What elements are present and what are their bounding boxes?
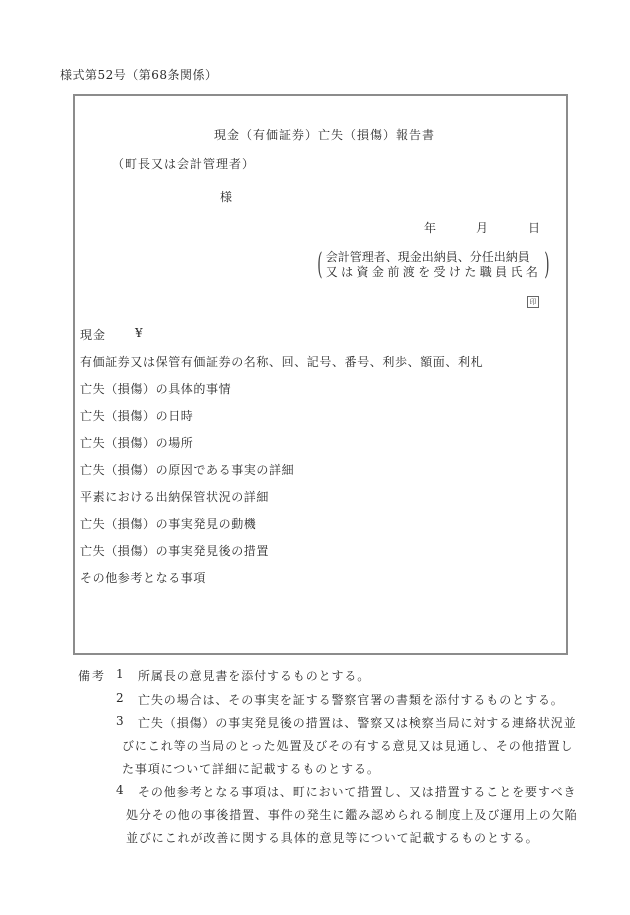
document-title: 現金（有価証券）亡失（損傷）報告書 bbox=[214, 126, 435, 143]
field-circumstances: 亡失（損傷）の具体的事情 bbox=[80, 380, 231, 397]
note-text-continued: た事項について詳細に記載するものとする。 bbox=[122, 760, 380, 777]
signer-line-2: 又は資金前渡を受けた職員氏名 bbox=[326, 265, 542, 280]
cash-label: 現金 bbox=[80, 326, 135, 343]
note-text-continued: 並びにこれが改善に関する具体的意見等について記載するものとする。 bbox=[126, 829, 539, 846]
field-location: 亡失（損傷）の場所 bbox=[80, 434, 193, 451]
field-securities: 有価証券又は保管有価証券の名称、回、記号、番号、利歩、額面、利札 bbox=[80, 353, 483, 370]
note-text: 亡失（損傷）の事実発見後の措置は、警察又は検察当局に対する連絡状況並 bbox=[138, 714, 577, 731]
date-row: 年 月 日 bbox=[424, 219, 540, 236]
signer-lines: 会計管理者、現金出納員、分任出納員 又は資金前渡を受けた職員氏名 bbox=[326, 250, 542, 280]
note-number: 4 bbox=[116, 783, 138, 800]
field-post-discovery-measures: 亡失（損傷）の事実発見後の措置 bbox=[80, 542, 269, 559]
note-text-continued: びにこれ等の当局のとった処置及びその有する意見又は見通し、その他措置し bbox=[122, 737, 573, 754]
honorific: 様 bbox=[220, 188, 232, 205]
field-datetime: 亡失（損傷）の日時 bbox=[80, 407, 193, 424]
notes-heading: 備考 bbox=[78, 667, 106, 684]
field-other-references: その他参考となる事項 bbox=[80, 569, 206, 586]
note-item: 4 その他参考となる事項は、町において措置し、又は措置することを要すべき bbox=[116, 783, 576, 800]
field-custody-status: 平素における出納保管状況の詳細 bbox=[80, 488, 269, 505]
note-text: 所属長の意見書を添付するものとする。 bbox=[138, 667, 370, 684]
form-number-label: 様式第52号（第68条関係） bbox=[60, 66, 218, 83]
note-text-continued: 処分その他の事後措置、事件の発生に鑑み認められる制度上及び運用上の欠陥 bbox=[126, 806, 578, 823]
note-text: その他参考となる事項は、町において措置し、又は措置することを要すべき bbox=[138, 783, 576, 800]
note-item: 3 亡失（損傷）の事実発見後の措置は、警察又は検察当局に対する連絡状況並 bbox=[116, 714, 577, 731]
date-year-label: 年 bbox=[424, 219, 476, 236]
note-item: 2 亡失の場合は、その事実を証する警察官署の書類を添付するものとする。 bbox=[116, 691, 564, 708]
seal-icon: 印 bbox=[527, 296, 539, 308]
paren-open: ( bbox=[317, 250, 322, 280]
note-number: 3 bbox=[116, 714, 138, 731]
note-item: 1 所属長の意見書を添付するものとする。 bbox=[116, 667, 370, 684]
paren-close: ) bbox=[545, 250, 550, 280]
signer-block: ( 会計管理者、現金出納員、分任出納員 又は資金前渡を受けた職員氏名 ) bbox=[314, 250, 553, 280]
addressee: （町長又は会計管理者） bbox=[112, 155, 255, 172]
note-text: 亡失の場合は、その事実を証する警察官署の書類を添付するものとする。 bbox=[138, 691, 564, 708]
note-number: 2 bbox=[116, 691, 138, 708]
yen-sign: ¥ bbox=[135, 326, 143, 343]
field-discovery-motive: 亡失（損傷）の事実発見の動機 bbox=[80, 515, 256, 532]
date-day-label: 日 bbox=[528, 219, 540, 236]
note-number: 1 bbox=[116, 667, 138, 684]
signer-line-1: 会計管理者、現金出納員、分任出納員 bbox=[326, 250, 542, 265]
field-cause-details: 亡失（損傷）の原因である事実の詳細 bbox=[80, 461, 294, 478]
date-month-label: 月 bbox=[476, 219, 528, 236]
cash-row: 現金 ¥ bbox=[80, 326, 143, 343]
